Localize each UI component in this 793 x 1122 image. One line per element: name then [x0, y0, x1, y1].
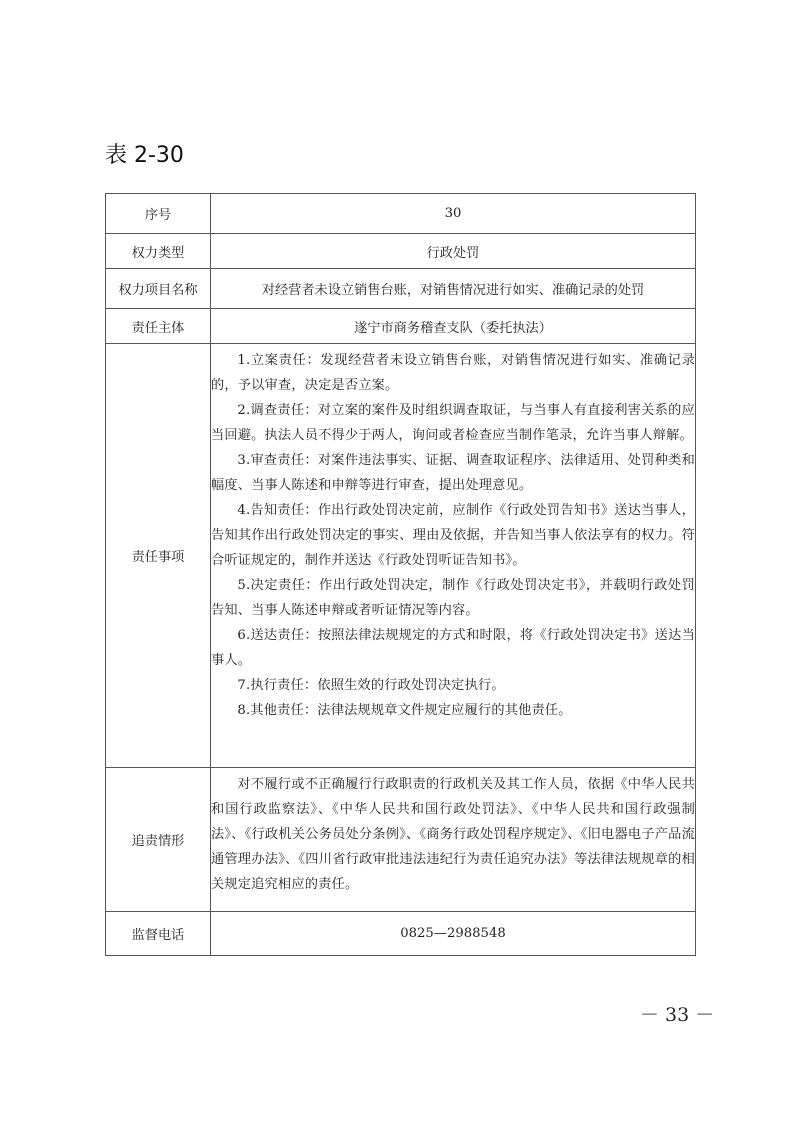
- duty-item-other: 8.其他责任：法律法规规章文件规定应履行的其他责任。: [211, 698, 695, 723]
- duty-item-filing: 1.立案责任：发现经营者未设立销售台账，对销售情况进行如实、准确记录的，予以审查…: [211, 348, 695, 398]
- value-supervision-phone: 0825—2988548: [211, 912, 696, 956]
- duty-item-notification: 4.告知责任：作出行政处罚决定前，应制作《行政处罚告知书》送达当事人，告知其作出…: [211, 498, 695, 573]
- table-caption: 表 2-30: [105, 138, 184, 169]
- value-power-type: 行政处罚: [211, 234, 696, 269]
- label-supervision-phone: 监督电话: [106, 912, 211, 956]
- table-row-phone: 监督电话 0825—2988548: [106, 912, 696, 956]
- label-power-item-name: 权力项目名称: [106, 269, 211, 309]
- label-responsible-body: 责任主体: [106, 309, 211, 344]
- label-duties: 责任事项: [106, 344, 211, 768]
- label-power-type: 权力类型: [106, 234, 211, 269]
- duty-item-investigation: 2.调查责任：对立案的案件及时组织调查取证，与当事人有直接利害关系的应当回避。执…: [211, 398, 695, 448]
- value-power-item-name: 对经营者未设立销售台账，对销售情况进行如实、准确记录的处罚: [211, 269, 696, 309]
- table-row-power-item-name: 权力项目名称 对经营者未设立销售台账，对销售情况进行如实、准确记录的处罚: [106, 269, 696, 309]
- table-row-power-type: 权力类型 行政处罚: [106, 234, 696, 269]
- label-accountability: 追责情形: [106, 768, 211, 912]
- value-responsible-body: 遂宁市商务稽查支队（委托执法）: [211, 309, 696, 344]
- label-serial-number: 序号: [106, 194, 211, 234]
- table-row-serial: 序号 30: [106, 194, 696, 234]
- table-row-duties: 责任事项 1.立案责任：发现经营者未设立销售台账，对销售情况进行如实、准确记录的…: [106, 344, 696, 768]
- duty-item-review: 3.审查责任：对案件违法事实、证据、调查取证程序、法律适用、处罚种类和幅度、当事…: [211, 448, 695, 498]
- table-row-responsible-body: 责任主体 遂宁市商务稽查支队（委托执法）: [106, 309, 696, 344]
- value-serial-number: 30: [211, 194, 696, 234]
- accountability-cell: 对不履行或不正确履行行政职责的行政机关及其工作人员，依据《中华人民共和国行政监察…: [211, 768, 696, 912]
- accountability-text: 对不履行或不正确履行行政职责的行政机关及其工作人员，依据《中华人民共和国行政监察…: [211, 772, 695, 897]
- table-row-accountability: 追责情形 对不履行或不正确履行行政职责的行政机关及其工作人员，依据《中华人民共和…: [106, 768, 696, 912]
- page-number: － 33 －: [640, 1000, 714, 1027]
- duty-item-delivery: 6.送达责任：按照法律法规规定的方式和时限，将《行政处罚决定书》送达当事人。: [211, 623, 695, 673]
- duty-item-decision: 5.决定责任：作出行政处罚决定，制作《行政处罚决定书》，并载明行政处罚告知、当事…: [211, 573, 695, 623]
- duties-list: 1.立案责任：发现经营者未设立销售台账，对销售情况进行如实、准确记录的，予以审查…: [211, 344, 696, 768]
- power-duty-table: 序号 30 权力类型 行政处罚 权力项目名称 对经营者未设立销售台账，对销售情况…: [105, 193, 696, 956]
- duty-item-execution: 7.执行责任：依照生效的行政处罚决定执行。: [211, 673, 695, 698]
